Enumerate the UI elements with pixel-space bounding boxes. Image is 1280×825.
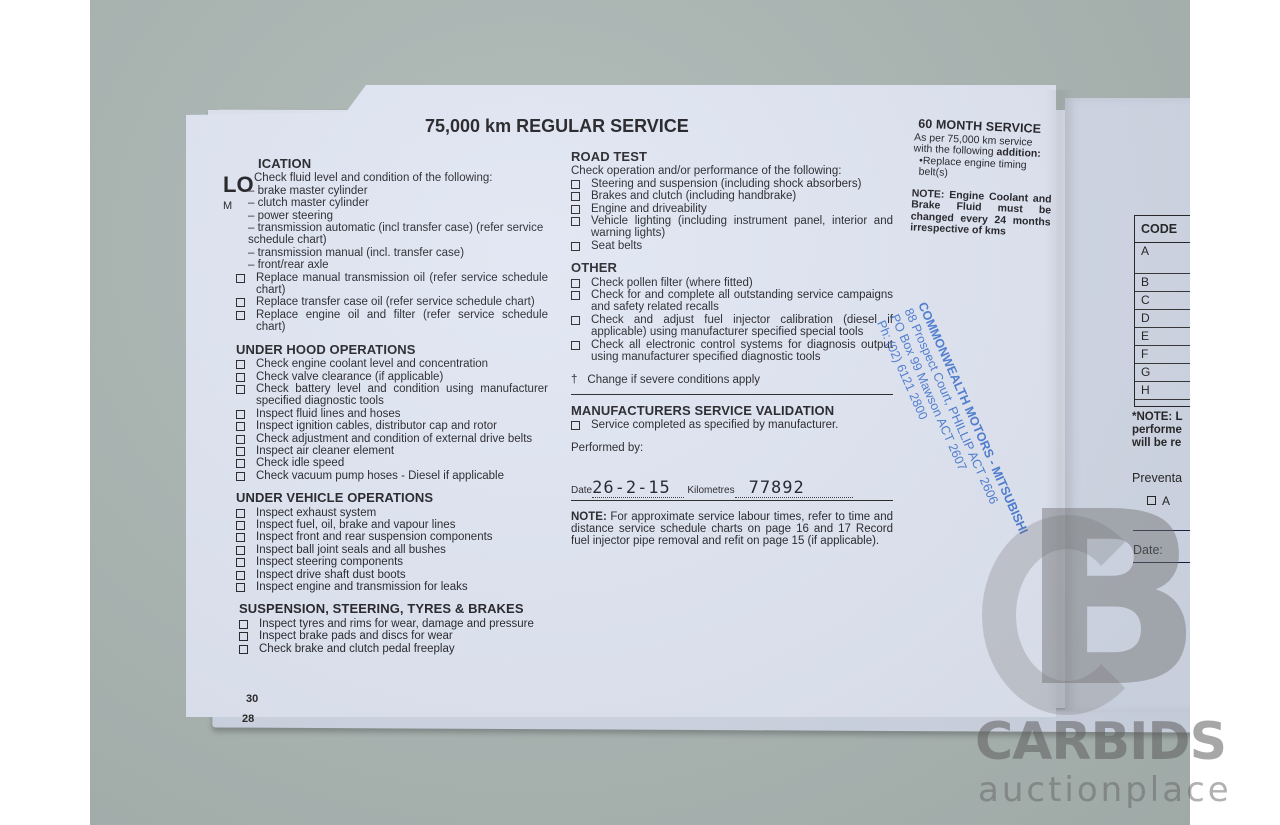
under-vehicle-item-label: Inspect drive shaft dust boots bbox=[256, 569, 548, 581]
dagger-icon: † bbox=[571, 374, 577, 386]
underlying-subheading-fragment: M bbox=[223, 200, 232, 212]
lubrication-item: Replace engine oil and filter (refer ser… bbox=[236, 309, 548, 334]
checkbox[interactable] bbox=[239, 645, 248, 654]
under-hood-item: Check valve clearance (if applicable) bbox=[236, 371, 548, 383]
page-number-30: 30 bbox=[246, 693, 258, 705]
road-test-item: Brakes and clutch (including handbrake) bbox=[571, 190, 893, 202]
code-row: B bbox=[1135, 274, 1190, 292]
suspension-item: Check brake and clutch pedal freeplay bbox=[239, 643, 548, 655]
page-number-28: 28 bbox=[242, 713, 254, 725]
road-test-item: Engine and driveability bbox=[571, 203, 893, 215]
road-test-item-label: Vehicle lighting (including instrument p… bbox=[591, 215, 893, 240]
suspension-item-label: Inspect brake pads and discs for wear bbox=[259, 630, 548, 642]
under-vehicle-item: Inspect steering components bbox=[236, 556, 548, 568]
under-hood-item-label: Inspect fluid lines and hoses bbox=[256, 408, 548, 420]
under-vehicle-item: Inspect engine and transmission for leak… bbox=[236, 581, 548, 593]
suspension-item-label: Inspect tyres and rims for wear, damage … bbox=[259, 618, 548, 630]
other-item-label: Check all electronic control systems for… bbox=[591, 339, 893, 364]
lubrication-subitems: – brake master cylinder– clutch master c… bbox=[236, 185, 548, 272]
code-row: D bbox=[1135, 310, 1190, 328]
validation-heading: MANUFACTURERS SERVICE VALIDATION bbox=[571, 405, 893, 417]
code-table: CODE ABCDEFGH bbox=[1134, 215, 1190, 407]
date-km-row: Date26-2-15 Kilometres77892 bbox=[571, 482, 893, 497]
checkbox[interactable] bbox=[571, 291, 580, 300]
road-test-intro: Check operation and/or performance of th… bbox=[571, 165, 893, 177]
lubrication-item: Replace transfer case oil (refer service… bbox=[236, 296, 548, 308]
checkbox[interactable] bbox=[236, 373, 245, 382]
under-hood-item: Check idle speed bbox=[236, 457, 548, 469]
under-vehicle-item: Inspect exhaust system bbox=[236, 507, 548, 519]
fluid-check-subitem: – power steering bbox=[236, 210, 548, 222]
checkbox[interactable] bbox=[571, 242, 580, 251]
under-vehicle-item-label: Inspect fuel, oil, brake and vapour line… bbox=[256, 519, 548, 531]
under-vehicle-item-label: Inspect ball joint seals and all bushes bbox=[256, 544, 548, 556]
lubrication-intro: Check fluid level and condition of the f… bbox=[236, 172, 548, 184]
code-table-header: CODE bbox=[1135, 216, 1190, 243]
other-item-label: Check for and complete all outstanding s… bbox=[591, 289, 893, 314]
checkbox[interactable] bbox=[236, 298, 245, 307]
under-hood-item: Inspect fluid lines and hoses bbox=[236, 408, 548, 420]
lubrication-item-label: Replace transfer case oil (refer service… bbox=[256, 296, 548, 308]
checkbox[interactable] bbox=[571, 341, 580, 350]
under-hood-item: Inspect ignition cables, distributor cap… bbox=[236, 420, 548, 432]
lubrication-item-label: Replace manual transmission oil (refer s… bbox=[256, 272, 548, 297]
left-column: ICATION Check fluid level and condition … bbox=[236, 158, 548, 655]
validation-checkbox-label: Service completed as specified by manufa… bbox=[591, 419, 893, 431]
code-row: F bbox=[1135, 346, 1190, 364]
validation-checkbox-row: Service completed as specified by manufa… bbox=[571, 419, 893, 431]
sixty-month-note: NOTE: Engine Coolant and Brake Fluid mus… bbox=[900, 187, 1052, 239]
road-test-item-label: Brakes and clutch (including handbrake) bbox=[591, 190, 893, 202]
under-hood-item: Check adjustment and condition of extern… bbox=[236, 433, 548, 445]
under-vehicle-item: Inspect drive shaft dust boots bbox=[236, 569, 548, 581]
code-row: C bbox=[1135, 292, 1190, 310]
road-test-item-label: Seat belts bbox=[591, 240, 893, 252]
section-divider bbox=[571, 394, 893, 395]
under-vehicle-item-label: Inspect engine and transmission for leak… bbox=[256, 581, 548, 593]
lubrication-item: Replace manual transmission oil (refer s… bbox=[236, 272, 548, 297]
under-hood-item: Check vacuum pump hoses - Diesel if appl… bbox=[236, 470, 548, 482]
footnote: †Change if severe conditions apply bbox=[571, 374, 893, 386]
right-page-note: *NOTE: L performe will be re bbox=[1132, 411, 1182, 450]
code-row: E bbox=[1135, 328, 1190, 346]
lubrication-item-label: Replace engine oil and filter (refer ser… bbox=[256, 309, 548, 334]
lubrication-heading: ICATION bbox=[236, 158, 548, 170]
under-hood-item-label: Check engine coolant level and concentra… bbox=[256, 358, 548, 370]
checkbox[interactable] bbox=[236, 521, 245, 530]
fluid-check-subitem: – front/rear axle bbox=[236, 259, 548, 271]
road-test-heading: ROAD TEST bbox=[571, 151, 893, 163]
code-row: G bbox=[1135, 364, 1190, 382]
other-heading: OTHER bbox=[571, 262, 893, 274]
under-vehicle-heading: UNDER VEHICLE OPERATIONS bbox=[236, 492, 548, 504]
under-hood-item-label: Check adjustment and condition of extern… bbox=[256, 433, 548, 445]
checkbox[interactable] bbox=[236, 509, 245, 518]
labour-note: NOTE: For approximate service labour tim… bbox=[571, 511, 893, 548]
under-hood-item: Inspect air cleaner element bbox=[236, 445, 548, 457]
under-vehicle-item: Inspect ball joint seals and all bushes bbox=[236, 544, 548, 556]
suspension-items: Inspect tyres and rims for wear, damage … bbox=[236, 618, 548, 655]
checkbox[interactable] bbox=[236, 546, 245, 555]
kilometres-field[interactable]: 77892 bbox=[735, 482, 853, 497]
road-test-item-label: Steering and suspension (including shock… bbox=[591, 178, 893, 190]
under-vehicle-item: Inspect fuel, oil, brake and vapour line… bbox=[236, 519, 548, 531]
checkbox[interactable] bbox=[236, 558, 245, 567]
under-hood-item-label: Inspect air cleaner element bbox=[256, 445, 548, 457]
checkbox[interactable] bbox=[236, 410, 245, 419]
suspension-item-label: Check brake and clutch pedal freeplay bbox=[259, 643, 548, 655]
checkbox[interactable] bbox=[236, 447, 245, 456]
watermark-subtitle: auctionplace bbox=[978, 770, 1232, 810]
under-hood-item-label: Check vacuum pump hoses - Diesel if appl… bbox=[256, 470, 548, 482]
date-label: Date bbox=[571, 485, 592, 496]
under-hood-item-label: Check valve clearance (if applicable) bbox=[256, 371, 548, 383]
checkbox[interactable] bbox=[236, 385, 245, 394]
checkbox[interactable] bbox=[236, 571, 245, 580]
validation-divider bbox=[571, 500, 893, 501]
other-items: Check pollen filter (where fitted)Check … bbox=[571, 277, 893, 364]
road-test-items: Steering and suspension (including shock… bbox=[571, 178, 893, 252]
suspension-item: Inspect brake pads and discs for wear bbox=[239, 630, 548, 642]
checkbox[interactable] bbox=[571, 217, 580, 226]
page-title: 75,000 km REGULAR SERVICE bbox=[425, 116, 689, 137]
lubrication-items: Replace manual transmission oil (refer s… bbox=[236, 272, 548, 334]
road-test-item: Seat belts bbox=[571, 240, 893, 252]
other-item: Check all electronic control systems for… bbox=[571, 339, 893, 364]
under-hood-item: Check battery level and condition using … bbox=[236, 383, 548, 408]
checkbox[interactable] bbox=[236, 435, 245, 444]
other-item-label: Check and adjust fuel injector calibrati… bbox=[591, 314, 893, 339]
checkbox[interactable] bbox=[239, 632, 248, 641]
checkbox[interactable] bbox=[236, 533, 245, 542]
fluid-check-subitem: – transmission automatic (incl transfer … bbox=[236, 222, 548, 247]
checkbox[interactable] bbox=[236, 274, 245, 283]
under-hood-item: Check engine coolant level and concentra… bbox=[236, 358, 548, 370]
checkbox[interactable] bbox=[571, 192, 580, 201]
checkbox[interactable] bbox=[236, 459, 245, 468]
code-row: A bbox=[1135, 243, 1190, 274]
other-item: Check pollen filter (where fitted) bbox=[571, 277, 893, 289]
under-vehicle-item: Inspect front and rear suspension compon… bbox=[236, 531, 548, 543]
checkbox[interactable] bbox=[236, 422, 245, 431]
checkbox[interactable] bbox=[236, 583, 245, 592]
checkbox[interactable] bbox=[571, 316, 580, 325]
checkbox[interactable] bbox=[571, 279, 580, 288]
sixty-month-column: 60 MONTH SERVICE As per 75,000 km servic… bbox=[900, 118, 1055, 240]
km-label: Kilometres bbox=[687, 485, 734, 496]
watermark-logo-letter: B bbox=[1020, 480, 1203, 720]
suspension-item: Inspect tyres and rims for wear, damage … bbox=[239, 618, 548, 630]
watermark-brand: CARBIDS bbox=[975, 712, 1226, 772]
checkbox[interactable] bbox=[571, 205, 580, 214]
under-vehicle-items: Inspect exhaust systemInspect fuel, oil,… bbox=[236, 507, 548, 594]
code-table-rows: ABCDEFGH bbox=[1135, 243, 1190, 400]
suspension-heading: SUSPENSION, STEERING, TYRES & BRAKES bbox=[236, 603, 548, 615]
road-test-item: Vehicle lighting (including instrument p… bbox=[571, 215, 893, 240]
under-vehicle-item-label: Inspect front and rear suspension compon… bbox=[256, 531, 548, 543]
under-vehicle-item-label: Inspect steering components bbox=[256, 556, 548, 568]
fluid-check-subitem: – transmission manual (incl. transfer ca… bbox=[236, 247, 548, 259]
road-test-item: Steering and suspension (including shock… bbox=[571, 178, 893, 190]
under-hood-items: Check engine coolant level and concentra… bbox=[236, 358, 548, 482]
fluid-check-subitem: – brake master cylinder bbox=[236, 185, 548, 197]
other-item-label: Check pollen filter (where fitted) bbox=[591, 277, 893, 289]
checkbox[interactable] bbox=[236, 311, 245, 320]
checkbox[interactable] bbox=[239, 620, 248, 629]
fluid-check-subitem: – clutch master cylinder bbox=[236, 197, 548, 209]
other-item: Check and adjust fuel injector calibrati… bbox=[571, 314, 893, 339]
other-item: Check for and complete all outstanding s… bbox=[571, 289, 893, 314]
date-field[interactable]: 26-2-15 bbox=[592, 482, 684, 497]
under-hood-item-label: Check idle speed bbox=[256, 457, 548, 469]
code-row: H bbox=[1135, 382, 1190, 400]
under-hood-item-label: Check battery level and condition using … bbox=[256, 383, 548, 408]
checkbox[interactable] bbox=[571, 180, 580, 189]
road-test-item-label: Engine and driveability bbox=[591, 203, 893, 215]
middle-column: ROAD TEST Check operation and/or perform… bbox=[571, 151, 893, 548]
under-hood-heading: UNDER HOOD OPERATIONS bbox=[236, 344, 548, 356]
checkbox[interactable] bbox=[236, 472, 245, 481]
under-hood-item-label: Inspect ignition cables, distributor cap… bbox=[256, 420, 548, 432]
under-vehicle-item-label: Inspect exhaust system bbox=[256, 507, 548, 519]
performed-by-label: Performed by: bbox=[571, 442, 893, 454]
service-completed-checkbox[interactable] bbox=[571, 421, 580, 430]
checkbox[interactable] bbox=[236, 360, 245, 369]
